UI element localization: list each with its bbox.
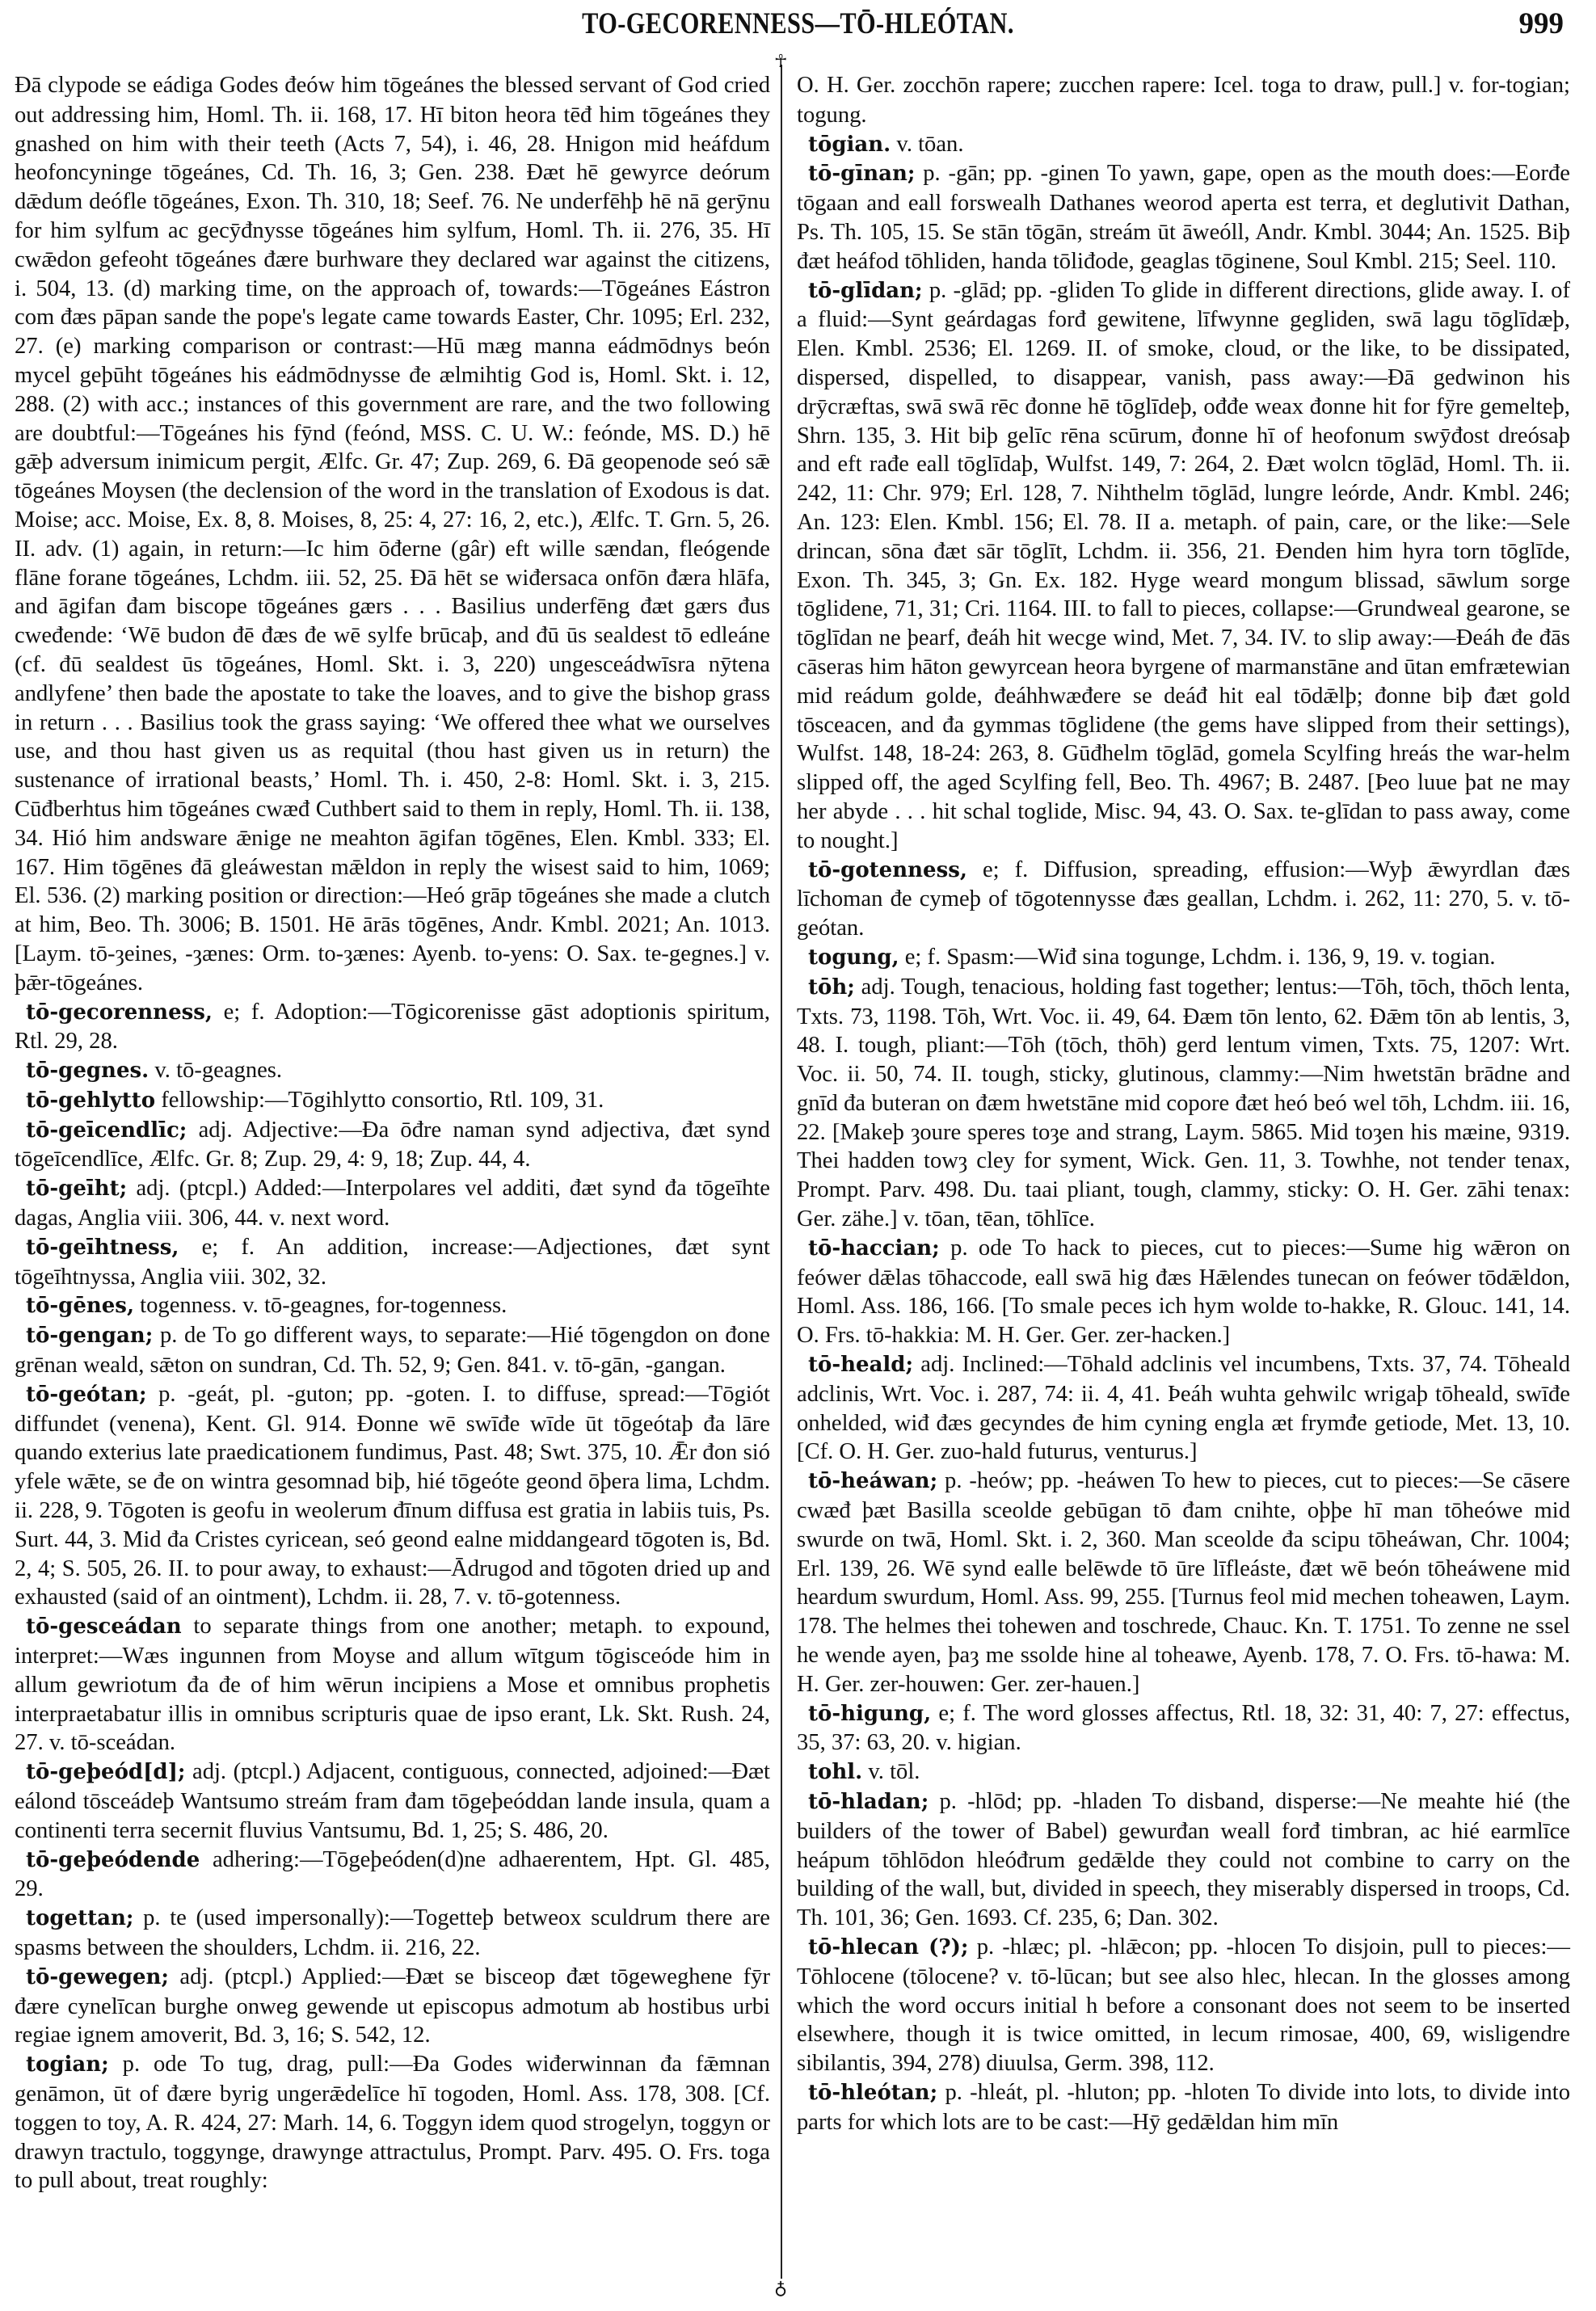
running-title: TO-GECORENNESS—TŌ-HLEÓTAN. [144,6,1453,41]
definition: p. ode To tug, drag, pull:—Đa Godes wiđe… [15,2052,770,2193]
dictionary-entry: tō-geīht; adj. (ptcpl.) Added:—Interpola… [15,1174,770,1233]
headword: tō-geþeód[d]; [26,1760,186,1784]
headword: tō-heald; [808,1353,913,1377]
dictionary-entry: tō-gēnes, togenness. v. tō-geagnes, for-… [15,1291,770,1321]
headword: tō-heáwan; [808,1469,937,1493]
divider-ornament-bottom-icon: ♁ [774,2280,787,2296]
page-number: 999 [1519,6,1564,41]
definition: O. H. Ger. zocchōn rapere; zucchen raper… [797,73,1570,128]
headword: tōgian. [808,133,891,157]
dictionary-entry: tō-gecorenness, e; f. Adoption:—Tōgicore… [15,998,770,1057]
dictionary-entry: tō-hleótan; p. -hleát, pl. -hluton; pp. … [797,2078,1570,2137]
headword: tō-haccian; [808,1236,940,1261]
dictionary-entry: tō-geīhtness, e; f. An addition, increas… [15,1233,770,1292]
dictionary-entry: tōgian. v. tōan. [797,130,1570,160]
headword: tō-geīcendlīc; [26,1118,187,1143]
dictionary-entry: tō-higung, e; f. The word glosses affect… [797,1699,1570,1758]
dictionary-entry: tō-gewegen; adj. (ptcpl.) Applied:—Đæt s… [15,1963,770,2050]
definition: p. -geát, pl. -guton; pp. -goten. I. to … [15,1382,770,1610]
headword: tō-gotenness, [808,858,967,882]
dictionary-entry: tōh; adj. Tough, tenacious, holding fast… [797,973,1570,1234]
dictionary-entry: tō-heáwan; p. -heów; pp. -heáwen To hew … [797,1467,1570,1699]
headword: tō-gesceádan [26,1614,182,1639]
dictionary-entry: tō-heald; adj. Inclined:—Tōhald adclinis… [797,1350,1570,1467]
headword: tō-geīhtness, [26,1235,179,1260]
headword: tō-gīnan; [808,162,915,186]
left-column: Đā clypode se eádiga Godes đeów him tōge… [15,71,770,2195]
definition: adj. (ptcpl.) Added:—Interpolares vel ad… [15,1176,770,1231]
dictionary-entry: O. H. Ger. zocchōn rapere; zucchen raper… [797,71,1570,130]
headword: tō-hladan; [808,1790,929,1814]
headword: tō-hlecan (?); [808,1935,969,1960]
definition: adj. Tough, tenacious, holding fast toge… [797,974,1570,1231]
definition: p. -glād; pp. -gliden To glide in differ… [797,278,1570,853]
dictionary-entry: tō-hladan; p. -hlōd; pp. -hladen To disb… [797,1787,1570,1933]
headword: togettan; [26,1906,133,1930]
dictionary-entry: tohl. v. tōl. [797,1757,1570,1787]
definition: Đā clypode se eádiga Godes đeów him tōge… [15,73,770,996]
dictionary-entry: Đā clypode se eádiga Godes đeów him tōge… [15,71,770,998]
dictionary-entry: togian; p. ode To tug, drag, pull:—Đa Go… [15,2050,770,2195]
headword: tohl. [808,1760,862,1784]
dictionary-entry: togung, e; f. Spasm:—Wiđ sina togunge, L… [797,943,1570,973]
headword: tōh; [808,975,855,1000]
dictionary-entry: tō-gotenness, e; f. Diffusion, spreading… [797,856,1570,943]
headword: tō-gehlytto [26,1088,155,1113]
headword: tō-hleótan; [808,2081,937,2105]
dictionary-entry: tō-geþeód[d]; adj. (ptcpl.) Adjacent, co… [15,1757,770,1845]
headword: tō-gēnes, [26,1294,134,1318]
definition: v. tō-geagnes. [154,1058,282,1083]
dictionary-entry: tō-gengan; p. de To go different ways, t… [15,1321,770,1380]
column-divider [781,65,782,2279]
headword: tō-geīht; [26,1177,127,1201]
dictionary-entry: tō-gegnes. v. tō-geagnes. [15,1056,770,1086]
definition: togenness. v. tō-geagnes, for-togenness. [140,1293,507,1318]
headword: tō-higung, [808,1702,931,1726]
headword: tō-gewegen; [26,1965,169,1989]
dictionary-entry: tō-geþeódende adhering:—Tōgeþeóden(d)ne … [15,1846,770,1905]
headword: tō-gecorenness, [26,1000,213,1025]
definition: p. -heów; pp. -heáwen To hew to pieces, … [797,1468,1570,1697]
dictionary-entry: tō-haccian; p. ode To hack to pieces, cu… [797,1234,1570,1350]
definition: adj. Inclined:—Tōhald adclinis vel incum… [797,1352,1570,1464]
definition: fellowship:—Tōgihlytto consortio, Rtl. 1… [161,1088,604,1113]
headword: tō-glīdan; [808,279,923,303]
headword: tō-geótan; [26,1383,147,1407]
divider-ornament-top-icon: ☥ [774,53,787,69]
dictionary-entry: tō-gīnan; p. -gān; pp. -ginen To yawn, g… [797,159,1570,276]
definition: v. tōl. [868,1759,920,1784]
page-header: TO-GECORENNESS—TŌ-HLEÓTAN. 999 [0,6,1596,47]
dictionary-entry: tō-gesceádan to separate things from one… [15,1612,770,1757]
dictionary-entry: tō-geīcendlīc; adj. Adjective:—Đa ōđre n… [15,1116,770,1175]
headword: togian; [26,2052,109,2077]
headword: tō-gegnes. [26,1059,149,1083]
definition: v. tōan. [896,132,963,157]
right-column: O. H. Ger. zocchōn rapere; zucchen raper… [797,71,1570,2137]
headword: togung, [808,945,899,970]
dictionary-entry: tō-hlecan (?); p. -hlæc; pl. -hlǣcon; pp… [797,1933,1570,2078]
dictionary-entry: togettan; p. te (used impersonally):—Tog… [15,1904,770,1963]
dictionary-entry: tō-geótan; p. -geát, pl. -guton; pp. -go… [15,1380,770,1612]
dictionary-entry: tō-gehlytto fellowship:—Tōgihlytto conso… [15,1086,770,1116]
headword: tō-gengan; [26,1324,153,1348]
headword: tō-geþeódende [26,1848,200,1872]
dictionary-entry: tō-glīdan; p. -glād; pp. -gliden To glid… [797,276,1570,856]
definition: e; f. Spasm:—Wiđ sina togunge, Lchdm. i.… [905,945,1496,970]
